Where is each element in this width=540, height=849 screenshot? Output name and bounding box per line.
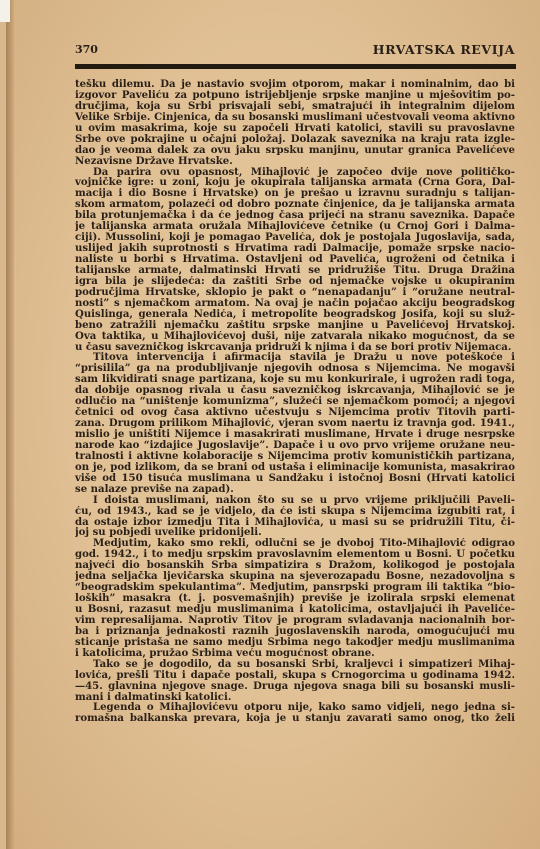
- scan-corner: [0, 0, 10, 22]
- paragraph: Titova intervencija i afirmacija stavila…: [75, 352, 515, 494]
- text-line: god. 1942., i to medju srpskim pravoslav…: [75, 549, 515, 560]
- text-line: najveći dio bosanskih Srba simpatizira s…: [75, 560, 515, 571]
- text-line: lovića, prešli Titu i dapače postali, sk…: [75, 670, 515, 681]
- text-line: talijanske armate, dalmatinski Hrvati se…: [75, 265, 515, 276]
- text-line: on je, pod izlikom, da se brani od ustaš…: [75, 462, 515, 473]
- article-body: tešku dilemu. Da je nastavio svojim otpo…: [75, 79, 515, 724]
- text-line: —45. glavnina njegove snage. Druga njego…: [75, 681, 515, 692]
- text-line: ba i priznanja jednakosti raznih jugosla…: [75, 626, 515, 637]
- text-line: se nalaze previše na zapad).: [75, 484, 515, 495]
- text-line: dručjima, koja su Srbi prisvajali sebi, …: [75, 101, 515, 112]
- text-line: odlučio na “uništenje komunizma”, služeć…: [75, 396, 515, 407]
- paragraph: Da parira ovu opasnost, Mihajlović je za…: [75, 167, 515, 353]
- text-line: skom armatom, polazeći od dobro poznate …: [75, 199, 515, 210]
- text-line: macija i dio Bosne i Hrvatske) on je pre…: [75, 188, 515, 199]
- text-line: I doista muslimani, nakon što su se u pr…: [75, 495, 515, 506]
- page-number: 370: [75, 43, 98, 56]
- text-line: je talijanska armata oružala Mihajloviće…: [75, 221, 515, 232]
- text-line: sam likvidirati snage partizana, koje su…: [75, 374, 515, 385]
- text-line: Legenda o Mihajlovićevu otporu nije, kak…: [75, 702, 515, 713]
- journal-title: HRVATSKA REVIJA: [373, 42, 515, 57]
- text-line: zana. Drugom prilikom Mihajlović, vjeran…: [75, 418, 515, 429]
- text-line: Srbe ove pokrajine u očajni položaj. Dol…: [75, 134, 515, 145]
- paragraph: I doista muslimani, nakon što su se u pr…: [75, 495, 515, 539]
- text-line: narode kao “izdajice Jugoslavije”. Dapač…: [75, 440, 515, 451]
- text-line: tešku dilemu. Da je nastavio svojim otpo…: [75, 79, 515, 90]
- text-line: bila protunjemačka i da će jednog časa p…: [75, 210, 515, 221]
- paragraph: tešku dilemu. Da je nastavio svojim otpo…: [75, 79, 515, 167]
- text-line: dao je veoma dalek za ovu jaku srpsku ma…: [75, 145, 515, 156]
- text-line: loških” masakra (t. j. posvemašnjih) pre…: [75, 593, 515, 604]
- text-line: igra bila je slijedeća: da zaštiti Srbe …: [75, 276, 515, 287]
- text-line: u času savezničkog iskrcavanja pridruži …: [75, 342, 515, 353]
- text-line: Quislinga, generala Nedića, i metropolit…: [75, 309, 515, 320]
- text-line: beno zatražili njemačku zaštitu srpske m…: [75, 320, 515, 331]
- paragraph: Legenda o Mihajlovićevu otporu nije, kak…: [75, 702, 515, 724]
- text-line: sticanje pristaša ne samo medju Srbima n…: [75, 637, 515, 648]
- text-line: mani i dalmatinski katolici.: [75, 692, 515, 703]
- text-line: “prisilila” ga na produbljivanje njegovi…: [75, 363, 515, 374]
- text-line: i katolicima, pružao Srbima veću mogućno…: [75, 648, 515, 659]
- text-line: “beogradskim spekulantima”. Medjutim, pa…: [75, 582, 515, 593]
- text-line: Tako se je dogodilo, da su bosanski Srbi…: [75, 659, 515, 670]
- text-line: Velike Srbije. Činjenica, da su bosanski…: [75, 112, 515, 123]
- running-header: 370 HRVATSKA REVIJA: [75, 41, 515, 61]
- header-rule: [75, 64, 516, 69]
- text-line: mislio je uništiti Nijemce i masakrirati…: [75, 429, 515, 440]
- text-line: Nezavisne Države Hrvatske.: [75, 156, 515, 167]
- text-line: da ostaje izbor izmedju Tita i Mihajlovi…: [75, 517, 515, 528]
- text-line: vim represalijama. Naprotiv Titov je pro…: [75, 615, 515, 626]
- paragraph: Tako se je dogodilo, da su bosanski Srbi…: [75, 659, 515, 703]
- text-line: u ovim masakrima, koje su započeli Hrvat…: [75, 123, 515, 134]
- text-line: u Bosni, razasut medju muslimanima i kat…: [75, 604, 515, 615]
- text-line: više od 150 tisuća muslimana u Sandžaku …: [75, 473, 515, 484]
- text-line: Titova intervencija i afirmacija stavila…: [75, 352, 515, 363]
- text-line: četnici od ovog časa aktivno učestvuju s…: [75, 407, 515, 418]
- page-edge-shadow: [6, 0, 14, 849]
- text-line: tralnosti i aktivne kolaboracije s Nijem…: [75, 451, 515, 462]
- text-line: jedna seljačka ljevičarska skupina na sj…: [75, 571, 515, 582]
- text-line: uslijed jakih suprotnosti s Hrvatima rad…: [75, 243, 515, 254]
- text-line: Medjutim, kako smo rekli, odlučni se je …: [75, 538, 515, 549]
- text-line: izgovor Paveliću za potpuno istrijebljen…: [75, 90, 515, 101]
- paragraph: Medjutim, kako smo rekli, odlučni se je …: [75, 538, 515, 658]
- text-line: Da parira ovu opasnost, Mihajlović je za…: [75, 167, 515, 178]
- text-line: romašna balkanska prevara, koja je u sta…: [75, 713, 515, 724]
- text-line: nosti” s njemačkom armatom. Na ovaj je n…: [75, 298, 515, 309]
- text-line: vojničke igre: u zoni, koju je okupirala…: [75, 177, 515, 188]
- text-line: joj su pobjedi uvelike pridonijeli.: [75, 527, 515, 538]
- text-line: područjima Hrvatske, sklopio je pakt o “…: [75, 287, 515, 298]
- text-line: da dobije opasnog rivala u času saveznič…: [75, 385, 515, 396]
- text-line: Ova taktika, u Mihajlovićevoj duši, nije…: [75, 331, 515, 342]
- text-line: ciji). Mussolini, koji je pomagao Paveli…: [75, 232, 515, 243]
- text-line: naliste u borbi s Hrvatima. Ostavljeni o…: [75, 254, 515, 265]
- text-line: ću, od 1943., kad se je vidjelo, da će i…: [75, 506, 515, 517]
